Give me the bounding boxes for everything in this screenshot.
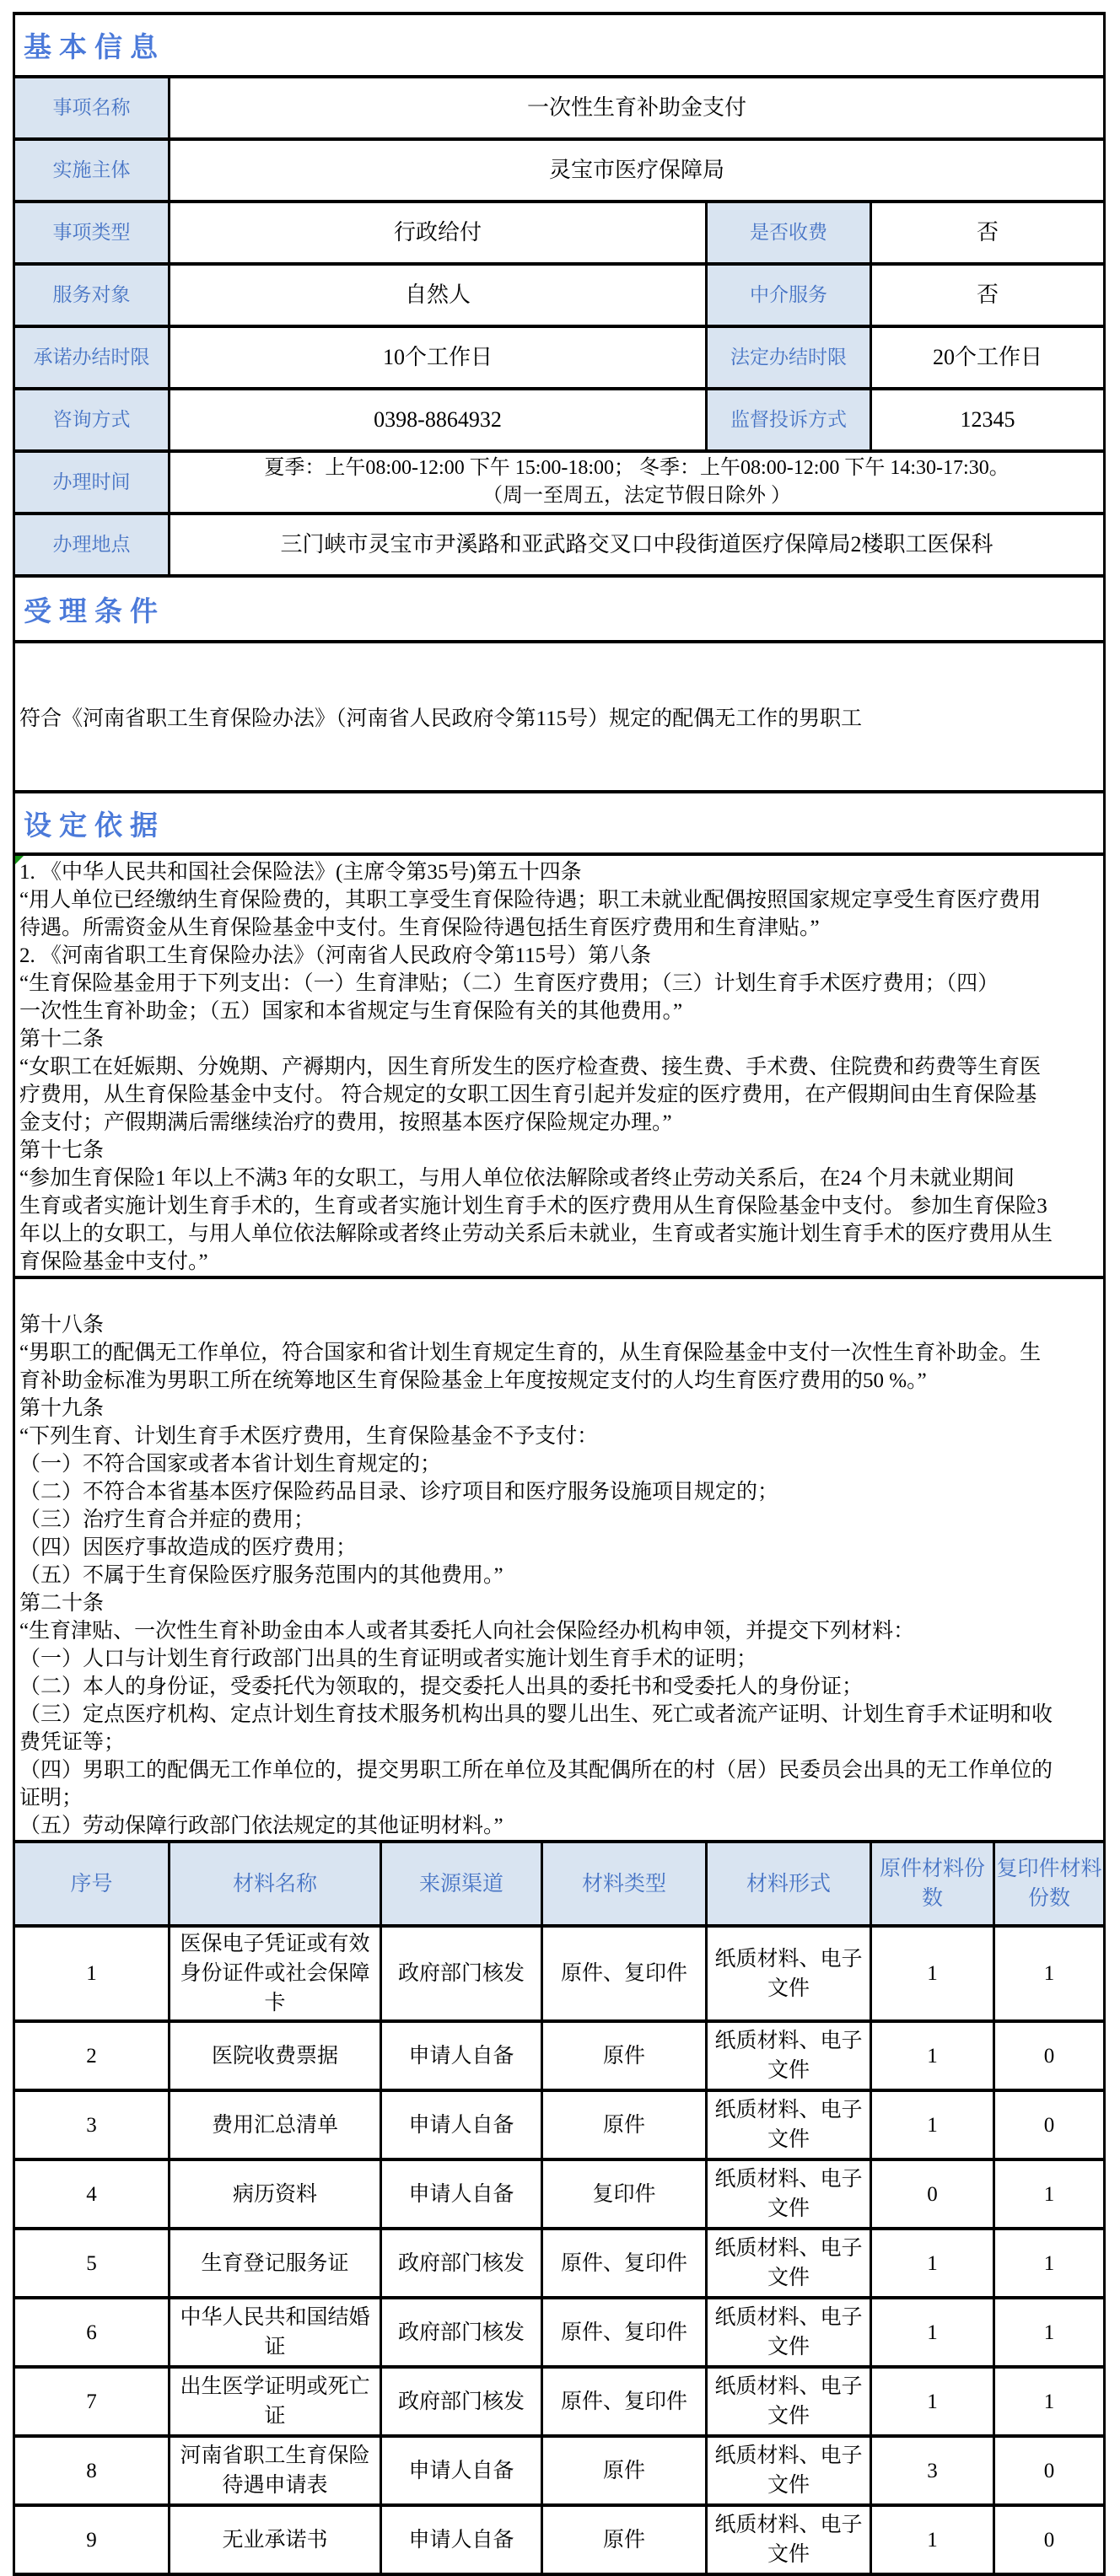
material-row: 3 费用汇总清单 申请人自备 原件 纸质材料、电子 文件 1 0	[14, 2090, 1105, 2159]
material-row: 2 医院收费票据 申请人自备 原件 纸质材料、电子 文件 1 0	[14, 2021, 1105, 2090]
material-type: 原件、复印件	[542, 2229, 707, 2298]
material-name: 医院收费票据	[170, 2021, 381, 2090]
materials-header-name: 材料名称	[170, 1842, 381, 1926]
material-name: 中华人民共和国结婚 证	[170, 2298, 381, 2367]
material-originals: 1	[871, 2090, 994, 2159]
material-form: 纸质材料、电子 文件	[707, 2298, 871, 2367]
promised-limit-value: 10个工作日	[170, 326, 707, 389]
material-row-no: 8	[14, 2436, 170, 2505]
item-name-value: 一次性生育补助金支付	[170, 77, 1105, 139]
material-name: 病历资料	[170, 2159, 381, 2229]
info-row-contact: 咨询方式 0398-8864932 监督投诉方式 12345	[14, 389, 1105, 451]
material-row: 1 医保电子凭证或有效 身份证件或社会保障 卡 政府部门核发 原件、复印件 纸质…	[14, 1926, 1105, 2021]
materials-header-form: 材料形式	[707, 1842, 871, 1926]
implementing-agency-label: 实施主体	[14, 139, 170, 202]
intermediary-label: 中介服务	[707, 264, 871, 326]
complaint-label: 监督投诉方式	[707, 389, 871, 451]
material-type: 原件、复印件	[542, 1926, 707, 2021]
material-form: 纸质材料、电子 文件	[707, 2367, 871, 2436]
basic-info-title-row: 基本信息	[14, 13, 1105, 77]
material-originals: 1	[871, 2021, 994, 2090]
statutory-limit-label: 法定办结时限	[707, 326, 871, 389]
material-source: 政府部门核发	[381, 2298, 542, 2367]
service-target-value: 自然人	[170, 264, 707, 326]
info-row-office-hours: 办理时间 夏季：上午08:00-12:00 下午 15:00-18:00； 冬季…	[14, 451, 1105, 514]
material-name: 河南省职工生育保险 待遇申请表	[170, 2436, 381, 2505]
legal-basis-cell-1: 1. 《中华人民共和国社会保险法》(主席令第35号)第五十四条 “用人单位已经缴…	[14, 854, 1105, 1277]
materials-header-originals: 原件材料份 数	[871, 1842, 994, 1926]
material-name: 医保电子凭证或有效 身份证件或社会保障 卡	[170, 1926, 381, 2021]
intermediary-value: 否	[871, 264, 1105, 326]
section-title-basic-info: 基本信息	[14, 13, 1105, 77]
material-type: 原件	[542, 2436, 707, 2505]
acceptance-condition-text: 符合《河南省职工生育保险办法》（河南省人民政府令第115号）规定的配偶无工作的男…	[14, 642, 1105, 792]
implementing-agency-value: 灵宝市医疗保障局	[170, 139, 1105, 202]
material-form: 纸质材料、电子 文件	[707, 1926, 871, 2021]
material-originals: 0	[871, 2159, 994, 2229]
materials-header-no: 序号	[14, 1842, 170, 1926]
material-originals: 1	[871, 2229, 994, 2298]
item-type-label: 事项类型	[14, 202, 170, 264]
material-row: 6 中华人民共和国结婚 证 政府部门核发 原件、复印件 纸质材料、电子 文件 1…	[14, 2298, 1105, 2367]
promised-limit-label: 承诺办结时限	[14, 326, 170, 389]
info-row-agency: 实施主体 灵宝市医疗保障局	[14, 139, 1105, 202]
info-row-office-location: 办理地点 三门峡市灵宝市尹溪路和亚武路交叉口中段街道医疗保障局2楼职工医保科	[14, 514, 1105, 576]
section-title-legal-basis: 设定依据	[14, 792, 1105, 854]
material-form: 纸质材料、电子 文件	[707, 2159, 871, 2229]
service-target-label: 服务对象	[14, 264, 170, 326]
material-source: 申请人自备	[381, 2090, 542, 2159]
item-name-label: 事项名称	[14, 77, 170, 139]
material-row-no: 6	[14, 2298, 170, 2367]
material-row-no: 3	[14, 2090, 170, 2159]
material-type: 复印件	[542, 2159, 707, 2229]
material-copies: 0	[994, 2505, 1105, 2574]
office-hours-value: 夏季：上午08:00-12:00 下午 15:00-18:00； 冬季：上午08…	[170, 451, 1105, 514]
legal-basis-row-1: 1. 《中华人民共和国社会保险法》(主席令第35号)第五十四条 “用人单位已经缴…	[14, 854, 1105, 1277]
material-type: 原件、复印件	[542, 2298, 707, 2367]
material-copies: 1	[994, 2298, 1105, 2367]
acceptance-content-row: 符合《河南省职工生育保险办法》（河南省人民政府令第115号）规定的配偶无工作的男…	[14, 642, 1105, 792]
material-name: 出生医学证明或死亡 证	[170, 2367, 381, 2436]
info-row-service-target: 服务对象 自然人 中介服务 否	[14, 264, 1105, 326]
service-info-page: 基本信息 事项名称 一次性生育补助金支付 实施主体 灵宝市医疗保障局 事项类型 …	[0, 0, 1120, 2573]
materials-header-type: 材料类型	[542, 1842, 707, 1926]
material-type: 原件	[542, 2505, 707, 2574]
material-source: 政府部门核发	[381, 1926, 542, 2021]
material-name: 无业承诺书	[170, 2505, 381, 2574]
cell-error-flag-icon	[15, 856, 24, 864]
material-originals: 1	[871, 1926, 994, 2021]
charge-value: 否	[871, 202, 1105, 264]
material-source: 申请人自备	[381, 2021, 542, 2090]
consult-phone-value: 0398-8864932	[170, 389, 707, 451]
material-copies: 1	[994, 2229, 1105, 2298]
material-row: 9 无业承诺书 申请人自备 原件 纸质材料、电子 文件 1 0	[14, 2505, 1105, 2574]
info-row-item-name: 事项名称 一次性生育补助金支付	[14, 77, 1105, 139]
material-type: 原件、复印件	[542, 2367, 707, 2436]
charge-label: 是否收费	[707, 202, 871, 264]
material-row-no: 4	[14, 2159, 170, 2229]
item-type-value: 行政给付	[170, 202, 707, 264]
material-form: 纸质材料、电子 文件	[707, 2505, 871, 2574]
material-source: 申请人自备	[381, 2159, 542, 2229]
consult-phone-label: 咨询方式	[14, 389, 170, 451]
material-type: 原件	[542, 2021, 707, 2090]
material-name: 费用汇总清单	[170, 2090, 381, 2159]
materials-header-row: 序号 材料名称 来源渠道 材料类型 材料形式 原件材料份 数 复印件材料 份数	[14, 1842, 1105, 1926]
material-source: 政府部门核发	[381, 2367, 542, 2436]
legal-basis-title-row: 设定依据	[14, 792, 1105, 854]
material-originals: 3	[871, 2436, 994, 2505]
material-name: 生育登记服务证	[170, 2229, 381, 2298]
material-form: 纸质材料、电子 文件	[707, 2436, 871, 2505]
info-row-item-type: 事项类型 行政给付 是否收费 否	[14, 202, 1105, 264]
statutory-limit-value: 20个工作日	[871, 326, 1105, 389]
material-row-no: 9	[14, 2505, 170, 2574]
material-copies: 1	[994, 2159, 1105, 2229]
material-copies: 1	[994, 2367, 1105, 2436]
materials-header-source: 来源渠道	[381, 1842, 542, 1926]
material-source: 申请人自备	[381, 2505, 542, 2574]
material-row-no: 1	[14, 1926, 170, 2021]
material-row-no: 2	[14, 2021, 170, 2090]
legal-basis-text-part2: 第十八条 “男职工的配偶无工作单位，符合国家和省计划生育规定生育的，从生育保险基…	[14, 1277, 1105, 1842]
acceptance-title-row: 受理条件	[14, 576, 1105, 642]
complaint-value: 12345	[871, 389, 1105, 451]
material-form: 纸质材料、电子 文件	[707, 2229, 871, 2298]
material-row-no: 5	[14, 2229, 170, 2298]
material-source: 申请人自备	[381, 2436, 542, 2505]
office-hours-label: 办理时间	[14, 451, 170, 514]
material-row: 8 河南省职工生育保险 待遇申请表 申请人自备 原件 纸质材料、电子 文件 3 …	[14, 2436, 1105, 2505]
material-row: 7 出生医学证明或死亡 证 政府部门核发 原件、复印件 纸质材料、电子 文件 1…	[14, 2367, 1105, 2436]
material-type: 原件	[542, 2090, 707, 2159]
material-originals: 1	[871, 2298, 994, 2367]
material-row: 4 病历资料 申请人自备 复印件 纸质材料、电子 文件 0 1	[14, 2159, 1105, 2229]
legal-basis-text-part1: 1. 《中华人民共和国社会保险法》(主席令第35号)第五十四条 “用人单位已经缴…	[19, 861, 1053, 1273]
office-location-label: 办理地点	[14, 514, 170, 576]
material-copies: 0	[994, 2436, 1105, 2505]
materials-header-copies: 复印件材料 份数	[994, 1842, 1105, 1926]
material-copies: 0	[994, 2090, 1105, 2159]
service-info-sheet: 基本信息 事项名称 一次性生育补助金支付 实施主体 灵宝市医疗保障局 事项类型 …	[13, 12, 1106, 2576]
office-location-value: 三门峡市灵宝市尹溪路和亚武路交叉口中段街道医疗保障局2楼职工医保科	[170, 514, 1105, 576]
material-form: 纸质材料、电子 文件	[707, 2090, 871, 2159]
material-row: 5 生育登记服务证 政府部门核发 原件、复印件 纸质材料、电子 文件 1 1	[14, 2229, 1105, 2298]
material-originals: 1	[871, 2367, 994, 2436]
material-originals: 1	[871, 2505, 994, 2574]
legal-basis-row-2: 第十八条 “男职工的配偶无工作单位，符合国家和省计划生育规定生育的，从生育保险基…	[14, 1277, 1105, 1842]
material-source: 政府部门核发	[381, 2229, 542, 2298]
material-form: 纸质材料、电子 文件	[707, 2021, 871, 2090]
material-row-no: 7	[14, 2367, 170, 2436]
info-row-time-limit: 承诺办结时限 10个工作日 法定办结时限 20个工作日	[14, 326, 1105, 389]
material-copies: 0	[994, 2021, 1105, 2090]
material-copies: 1	[994, 1926, 1105, 2021]
section-title-acceptance: 受理条件	[14, 576, 1105, 642]
